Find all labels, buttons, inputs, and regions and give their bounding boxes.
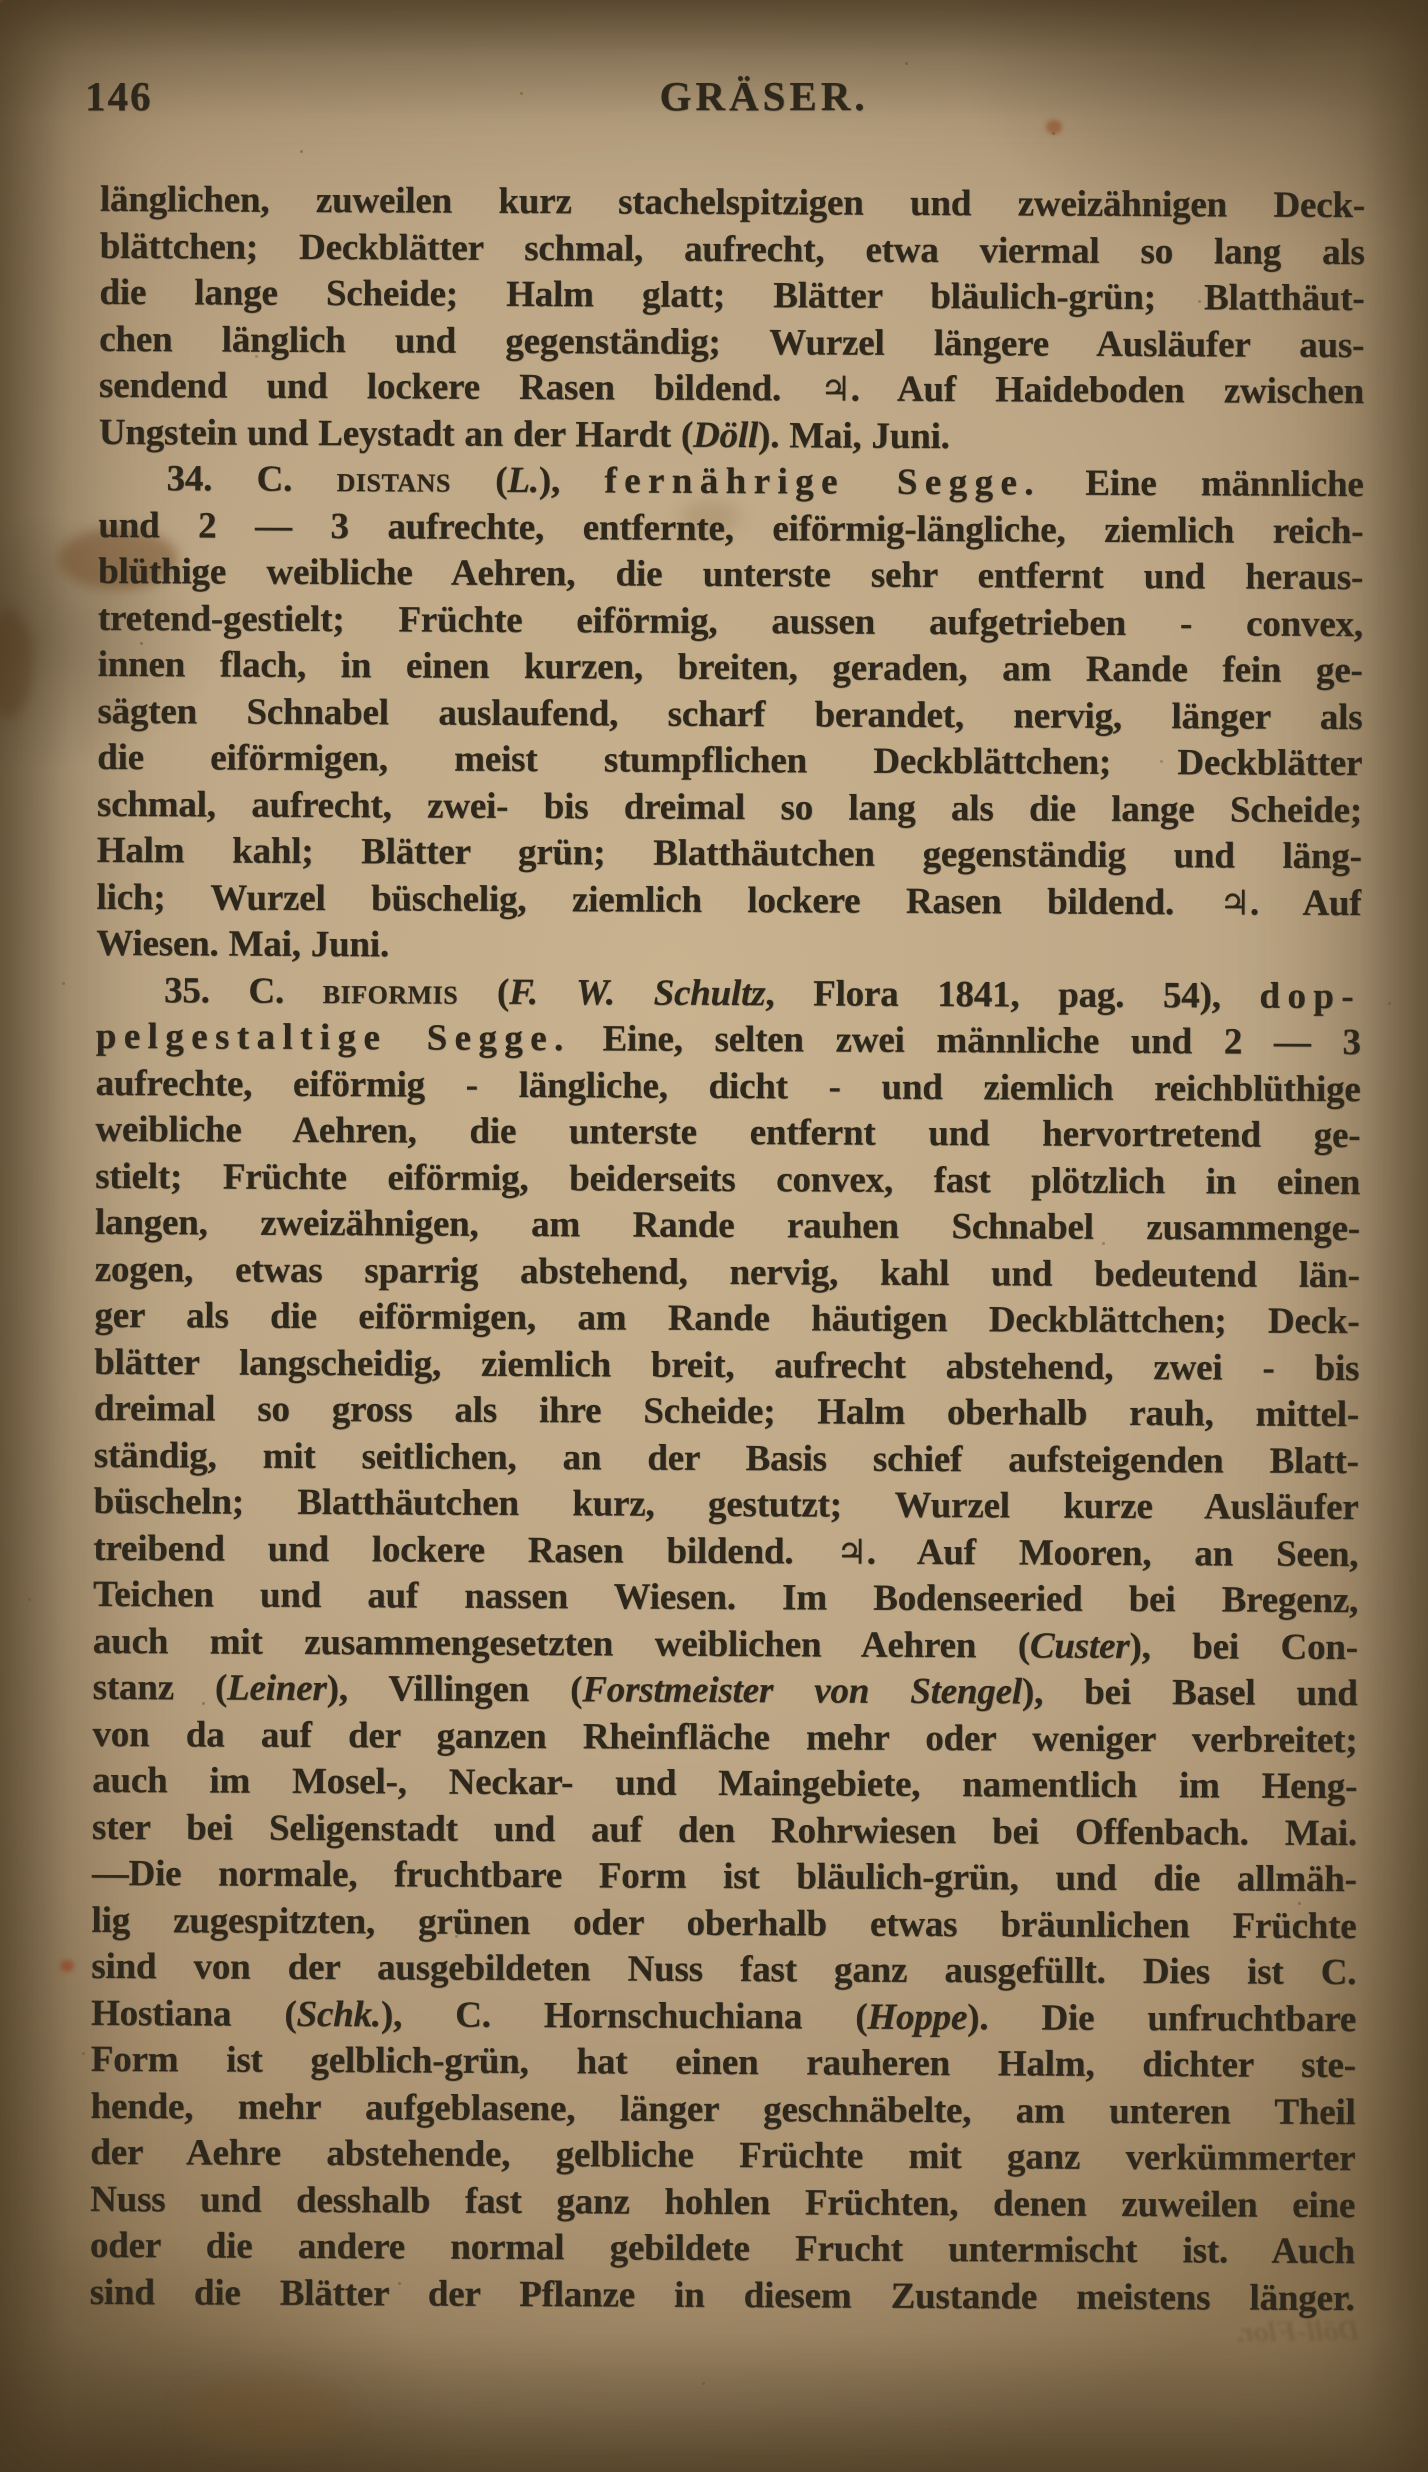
text-line: oder die andere normal gebildete Frucht … (90, 2223, 1355, 2276)
text-line: schmal, aufrecht, zwei- bis dreimal so l… (97, 781, 1362, 834)
text-line: sägten Schnabel auslaufend, scharf beran… (97, 688, 1362, 741)
text-line: Ungstein und Leystadt an der Hardt (Döll… (99, 409, 1364, 462)
text-run: Halm kahl; Blätter grün; Blatthäutchen g… (97, 830, 1362, 877)
text-run: pelgestaltige Segge. (96, 1016, 571, 1059)
text-run: lich; Wurzel büschelig, ziemlich lockere… (96, 876, 1219, 922)
text-run: die lange Scheide; Halm glatt; Blätter b… (99, 272, 1364, 319)
text-run: oder die andere normal gebildete Frucht … (90, 2225, 1355, 2272)
text-line: pelgestaltige Segge. Eine, selten zwei m… (96, 1014, 1361, 1067)
text-run: ( (451, 460, 508, 501)
text-run: büscheln; Blatthäutchen kurz, gestutzt; … (93, 1481, 1358, 1528)
text-run: ster bei Seligenstadt und auf den Rohrwi… (92, 1806, 1357, 1853)
text-run: Custer (1030, 1625, 1130, 1666)
text-run: ( (458, 971, 509, 1012)
text-run: dop- (1259, 975, 1361, 1016)
text-run: Hoppe (867, 1996, 967, 2037)
text-run: ). Die unfruchtbare (967, 1997, 1356, 2040)
text-line: Hostiana (Schk.), C. Hornschuchiana (Hop… (91, 1990, 1356, 2043)
text-line: sind die Blätter der Pflanze in diesem Z… (90, 2269, 1355, 2322)
text-run: blätter langscheidig, ziemlich breit, au… (94, 1341, 1359, 1388)
text-run: innen flach, in einen kurzen, breiten, g… (98, 644, 1363, 691)
text-run: länglichen, zuweilen kurz stachelspitzig… (100, 179, 1365, 226)
text-run: von da auf der ganzen Rheinfläche mehr o… (92, 1713, 1357, 1760)
text-run: fernährige Segge. (604, 460, 1041, 503)
text-line: dreimal so gross als ihre Scheide; Halm … (94, 1386, 1359, 1439)
text-run: ♃ (836, 1532, 867, 1572)
text-line: ster bei Seligenstadt und auf den Rohrwi… (92, 1804, 1357, 1857)
text-line: ger als die eiförmigen, am Rande häutige… (94, 1293, 1359, 1346)
text-line: stielt; Früchte eiförmig, beiderseits co… (95, 1153, 1360, 1206)
text-run: Leiner (227, 1668, 327, 1709)
text-line: Teichen und auf nassen Wiesen. Im Bodens… (93, 1572, 1358, 1625)
text-run: die eiförmigen, meist stumpflichen Deckb… (97, 737, 1362, 784)
page-title: GRÄSER. (100, 72, 1428, 120)
text-line: sendend und lockere Rasen bildend. ♃. Au… (99, 363, 1364, 416)
text-line: lig zugespitzten, grünen oder oberhalb e… (91, 1897, 1356, 1950)
text-run: . Auf Haideboden zwischen (851, 369, 1365, 413)
text-run: Hostiana ( (91, 1992, 297, 2034)
text-line: ständig, mit seitlichen, an der Basis sc… (94, 1432, 1359, 1485)
text-line: von da auf der ganzen Rheinfläche mehr o… (92, 1711, 1357, 1764)
text-line: chen länglich und gegenständig; Wurzel l… (99, 316, 1364, 369)
text-run: Eine, selten zwei männliche und 2 — 3 (571, 1018, 1361, 1063)
text-run: F. W. Schultz (509, 971, 765, 1013)
text-run: schmal, aufrecht, zwei- bis dreimal so l… (97, 783, 1362, 830)
text-run: Döll (693, 414, 758, 455)
text-run: der Aehre abstehende, gelbliche Früchte … (90, 2132, 1355, 2179)
text-run: Teichen und auf nassen Wiesen. Im Bodens… (93, 1574, 1358, 1621)
text-run: auch mit zusammengesetzten weiblichen Ae… (93, 1620, 1030, 1666)
text-run: treibend und lockere Rasen bildend. (93, 1527, 836, 1572)
text-line: die lange Scheide; Halm glatt; Blätter b… (99, 270, 1364, 323)
text-run: Nuss und desshalb fast ganz hohlen Früch… (90, 2178, 1355, 2225)
text-run: chen länglich und gegenständig; Wurzel l… (99, 318, 1364, 365)
text-line: länglichen, zuweilen kurz stachelspitzig… (100, 177, 1365, 230)
text-run: sendend und lockere Rasen bildend. (99, 365, 821, 410)
text-line: 35. C. biformis (F. W. Schultz, Flora 18… (96, 967, 1361, 1020)
text-run: 35. C. (164, 970, 323, 1012)
text-run: ), C. Hornschuchiana ( (381, 1994, 868, 2037)
text-run: und 2 — 3 aufrechte, entfernte, eiförmig… (98, 504, 1363, 551)
text-run: ), bei Con- (1129, 1625, 1358, 1667)
text-line: 34. C. distans (L.), fernährige Segge. E… (98, 456, 1363, 509)
text-run: Eine männliche (1041, 463, 1364, 506)
text-line: Halm kahl; Blätter grün; Blatthäutchen g… (97, 828, 1362, 881)
edge-stain (0, 608, 32, 718)
text-line: lich; Wurzel büschelig, ziemlich lockere… (96, 874, 1361, 927)
text-run: hende, mehr aufgeblasene, länger geschnä… (90, 2085, 1355, 2132)
text-line: weibliche Aehren, die unterste entfernt … (95, 1107, 1360, 1160)
text-run: , Flora 1841, pag. 54), (765, 973, 1259, 1016)
text-line: blüthige weibliche Aehren, die unterste … (98, 549, 1363, 602)
text-run: sind von der ausgebildeten Nuss fast gan… (91, 1946, 1356, 1993)
text-line: auch mit zusammengesetzten weiblichen Ae… (93, 1618, 1358, 1671)
text-run: ), (539, 460, 605, 501)
text-line: innen flach, in einen kurzen, breiten, g… (98, 642, 1363, 695)
text-line: und 2 — 3 aufrechte, entfernte, eiförmig… (98, 502, 1363, 555)
text-line: sind von der ausgebildeten Nuss fast gan… (91, 1944, 1356, 1997)
text-run: ). Mai, Juni. (758, 415, 950, 457)
text-run: —Die normale, fruchtbare Form ist bläuli… (92, 1853, 1357, 1900)
text-line: hende, mehr aufgeblasene, länger geschnä… (90, 2083, 1355, 2136)
text-run: ger als die eiförmigen, am Rande häutige… (94, 1295, 1359, 1342)
text-run: Form ist gelblich-grün, hat einen rauher… (91, 2039, 1356, 2086)
text-line: Form ist gelblich-grün, hat einen rauher… (91, 2037, 1356, 2090)
text-run: 34. C. (166, 458, 336, 500)
text-run: lig zugespitzten, grünen oder oberhalb e… (91, 1899, 1356, 1946)
text-run: Schk. (296, 1993, 381, 2034)
text-run: stielt; Früchte eiförmig, beiderseits co… (95, 1155, 1360, 1202)
text-run: Wiesen. Mai, Juni. (96, 923, 389, 965)
text-run: aufrechte, eiförmig - längliche, dicht -… (95, 1062, 1360, 1109)
paper-speckles (0, 0, 3, 3)
text-line: treibend und lockere Rasen bildend. ♃. A… (93, 1525, 1358, 1578)
text-run: . Auf (1250, 882, 1362, 924)
text-line: stanz (Leiner), Villingen (Forstmeister … (93, 1665, 1358, 1718)
text-run: L. (507, 460, 539, 501)
text-line: blätter langscheidig, ziemlich breit, au… (94, 1339, 1359, 1392)
text-run: blüthige weibliche Aehren, die unterste … (98, 551, 1363, 598)
text-run: ständig, mit seitlichen, an der Basis sc… (94, 1434, 1359, 1481)
rust-spot (60, 1960, 74, 1972)
text-run: tretend-gestielt; Früchte eiförmig, auss… (98, 597, 1363, 644)
text-run: dreimal so gross als ihre Scheide; Halm … (94, 1388, 1359, 1435)
text-run: zogen, etwas sparrig abstehend, nervig, … (95, 1248, 1360, 1295)
running-header: 146 GRÄSER. (0, 72, 1428, 128)
text-run: sägten Schnabel auslaufend, scharf beran… (97, 690, 1362, 737)
text-run: Ungstein und Leystadt an der Hardt ( (99, 411, 694, 455)
text-run: sind die Blätter der Pflanze in diesem Z… (90, 2271, 1355, 2318)
text-run: stanz ( (93, 1667, 228, 1709)
text-line: blättchen; Deckblätter schmal, aufrecht,… (100, 223, 1365, 276)
text-run: ), Villingen ( (327, 1668, 583, 1710)
book-page-scan: 146 GRÄSER. länglichen, zuweilen kurz st… (0, 0, 1428, 2472)
text-run: distans (336, 459, 450, 501)
bleed-through-text: Döll-Flor. (1100, 2314, 1361, 2353)
text-line: zogen, etwas sparrig abstehend, nervig, … (95, 1246, 1360, 1299)
text-run: Forstmeister von Stengel (582, 1669, 1022, 1712)
text-line: tretend-gestielt; Früchte eiförmig, auss… (98, 595, 1363, 648)
text-line: die eiförmigen, meist stumpflichen Deckb… (97, 735, 1362, 788)
text-line: langen, zweizähnigen, am Rande rauhen Sc… (95, 1200, 1360, 1253)
text-run: ), bei Basel und (1022, 1671, 1358, 1714)
text-line: Nuss und desshalb fast ganz hohlen Früch… (90, 2176, 1355, 2229)
text-run: weibliche Aehren, die unterste entfernt … (95, 1109, 1360, 1156)
text-run: ♃ (1219, 883, 1250, 923)
text-line: auch im Mosel-, Neckar- und Maingebiete,… (92, 1758, 1357, 1811)
text-block: länglichen, zuweilen kurz stachelspitzig… (90, 177, 1365, 2322)
text-run: biformis (323, 971, 459, 1013)
text-run: langen, zweizähnigen, am Rande rauhen Sc… (95, 1202, 1360, 1249)
paper-smudge (180, 2380, 350, 2450)
text-line: der Aehre abstehende, gelbliche Früchte … (90, 2130, 1355, 2183)
text-line: büscheln; Blatthäutchen kurz, gestutzt; … (93, 1479, 1358, 1532)
text-run: auch im Mosel-, Neckar- und Maingebiete,… (92, 1760, 1357, 1807)
text-run: ♃ (820, 369, 851, 409)
text-run: . Auf Mooren, an Seen, (867, 1531, 1359, 1574)
text-line: aufrechte, eiförmig - längliche, dicht -… (95, 1060, 1360, 1113)
text-line: —Die normale, fruchtbare Form ist bläuli… (92, 1851, 1357, 1904)
text-line: Wiesen. Mai, Juni. (96, 921, 1361, 974)
text-run: blättchen; Deckblätter schmal, aufrecht,… (100, 225, 1365, 272)
